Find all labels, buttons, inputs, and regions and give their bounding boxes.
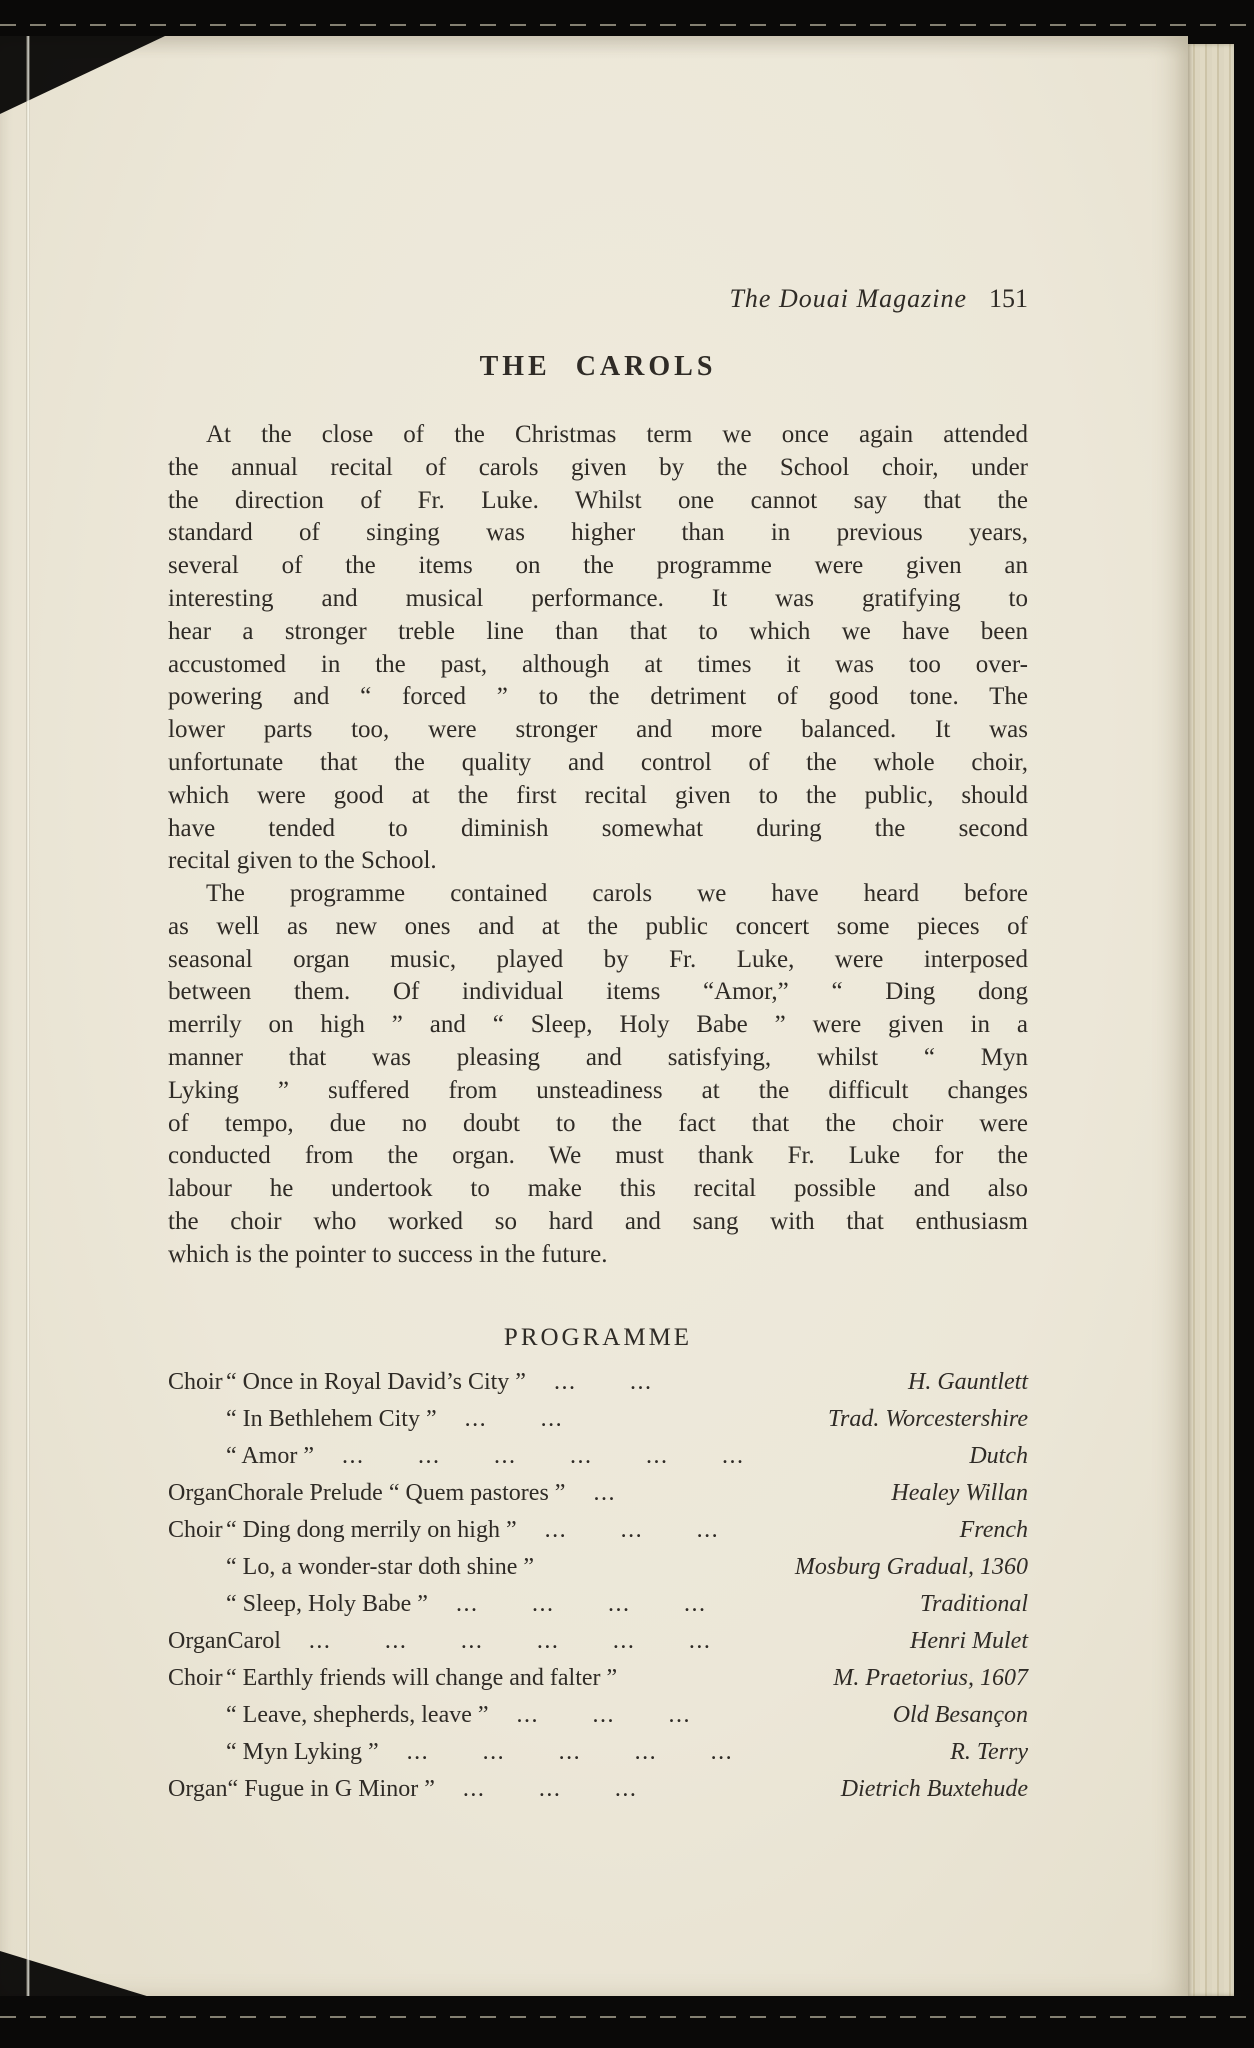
programme-row: “ In Bethlehem City ” ... ... Trad. Worc… — [168, 1405, 1028, 1434]
text-line: unfortunate that the quality and control… — [168, 747, 1028, 780]
composer-name: M. Praetorius, 1607 — [825, 1664, 1028, 1693]
leader-dots: ... ... ... — [435, 1775, 833, 1804]
programme-row: Choir “ Once in Royal David’s City ” ...… — [168, 1368, 1028, 1397]
programme-row: Choir “ Earthly friends will change and … — [168, 1664, 1028, 1693]
piece-title: “ Earthly friends will change and falter… — [226, 1664, 617, 1693]
composer-name: Healey Willan — [883, 1479, 1028, 1508]
text-line: seasonal organ music, played by Fr. Luke… — [168, 944, 1028, 977]
book-binding-crease — [26, 36, 30, 1996]
composer-name: Old Besançon — [885, 1701, 1028, 1730]
magazine-title: The Douai Magazine — [729, 284, 967, 313]
composer-name: H. Gauntlett — [900, 1368, 1028, 1397]
piece-title: “ Lo, a wonder-star doth shine ” — [226, 1553, 534, 1582]
programme-row: “ Myn Lyking ” ... ... ... ... ... R. Te… — [168, 1738, 1028, 1767]
piece-title: “ In Bethlehem City ” — [226, 1405, 437, 1434]
piece-title: “ Leave, shepherds, leave ” — [226, 1701, 489, 1730]
performer-label: Choir — [168, 1516, 226, 1545]
piece-title: Carol — [228, 1627, 281, 1656]
composer-name: Mosburg Gradual, 1360 — [787, 1553, 1028, 1582]
performer-label: Organ — [168, 1627, 228, 1656]
programme-row: Organ “ Fugue in G Minor ” ... ... ... D… — [168, 1775, 1028, 1804]
programme-row: “ Amor ” ... ... ... ... ... ... Dutch — [168, 1442, 1028, 1471]
piece-title: “ Sleep, Holy Babe ” — [226, 1590, 428, 1619]
leader-dots: ... ... ... ... — [428, 1590, 912, 1619]
text-line: have tended to diminish somewhat during … — [168, 813, 1028, 846]
magazine-page: The Douai Magazine151 THE CAROLS At the … — [0, 36, 1188, 1996]
performer-label: Choir — [168, 1664, 226, 1693]
leader-dots: ... ... ... — [517, 1516, 952, 1545]
text-line: powering and “ forced ” to the detriment… — [168, 681, 1028, 714]
leader-dots: ... ... ... ... ... ... — [314, 1442, 961, 1471]
piece-title: “ Once in Royal David’s City ” — [226, 1368, 526, 1397]
article-title: THE CAROLS — [168, 351, 1028, 383]
leader-dots: ... ... — [526, 1368, 900, 1397]
text-line: lower parts too, were stronger and more … — [168, 714, 1028, 747]
composer-name: French — [952, 1516, 1028, 1545]
text-line: recital given to the School. — [168, 845, 1028, 878]
text-line: which is the pointer to success in the f… — [168, 1239, 1028, 1272]
text-line: Lyking ” suffered from unsteadiness at t… — [168, 1075, 1028, 1108]
text-line: conducted from the organ. We must thank … — [168, 1140, 1028, 1173]
piece-title: “ Fugue in G Minor ” — [228, 1775, 435, 1804]
programme-row: “ Sleep, Holy Babe ” ... ... ... ... Tra… — [168, 1590, 1028, 1619]
programme-row: “ Leave, shepherds, leave ” ... ... ... … — [168, 1701, 1028, 1730]
piece-title: Chorale Prelude “ Quem pastores ” — [228, 1479, 566, 1508]
leader-dots: ... ... ... — [489, 1701, 885, 1730]
text-line: labour he undertook to make this recital… — [168, 1173, 1028, 1206]
leader-dots: ... ... — [437, 1405, 820, 1434]
piece-title: “ Ding dong merrily on high ” — [226, 1516, 517, 1545]
article-paragraph-2: The programme contained carols we have h… — [168, 878, 1028, 1272]
book-cover-corner-bottom — [0, 1951, 150, 1997]
page-edge-stack — [1188, 44, 1234, 1996]
text-line: as well as new ones and at the public co… — [168, 911, 1028, 944]
text-line: the choir who worked so hard and sang wi… — [168, 1206, 1028, 1239]
leader-dots: ... — [565, 1479, 883, 1508]
performer-label: Choir — [168, 1368, 226, 1397]
programme-heading: PROGRAMME — [168, 1324, 1028, 1352]
text-line: the annual recital of carols given by th… — [168, 452, 1028, 485]
composer-name: Trad. Worcestershire — [820, 1405, 1028, 1434]
text-line: The programme contained carols we have h… — [168, 878, 1028, 911]
piece-title: “ Amor ” — [226, 1442, 314, 1471]
book-cover-corner-top — [0, 36, 165, 114]
leader-dots: ... ... ... ... ... ... — [281, 1627, 902, 1656]
text-line: the direction of Fr. Luke. Whilst one ca… — [168, 485, 1028, 518]
text-line: between them. Of individual items “Amor,… — [168, 976, 1028, 1009]
text-line: At the close of the Christmas term we on… — [168, 419, 1028, 452]
text-line: which were good at the first recital giv… — [168, 780, 1028, 813]
text-line: several of the items on the programme we… — [168, 550, 1028, 583]
composer-name: Dietrich Buxtehude — [833, 1775, 1028, 1804]
programme-row: Choir “ Ding dong merrily on high ” ... … — [168, 1516, 1028, 1545]
text-line: of tempo, due no doubt to the fact that … — [168, 1108, 1028, 1141]
scanned-book-photo: The Douai Magazine151 THE CAROLS At the … — [0, 0, 1254, 2048]
text-line: merrily on high ” and “ Sleep, Holy Babe… — [168, 1009, 1028, 1042]
binding-stitch-top — [0, 24, 1254, 26]
text-line: standard of singing was higher than in p… — [168, 517, 1028, 550]
text-line: accustomed in the past, although at time… — [168, 649, 1028, 682]
binding-stitch-bottom — [0, 2016, 1254, 2018]
piece-title: “ Myn Lyking ” — [226, 1738, 379, 1767]
running-header: The Douai Magazine151 — [168, 284, 1028, 314]
composer-name: Traditional — [912, 1590, 1028, 1619]
composer-name: Henri Mulet — [902, 1627, 1028, 1656]
programme-row: Organ Chorale Prelude “ Quem pastores ” … — [168, 1479, 1028, 1508]
leader-dots: ... ... ... ... ... — [379, 1738, 943, 1767]
composer-name: Dutch — [961, 1442, 1028, 1471]
composer-name: R. Terry — [942, 1738, 1028, 1767]
article-paragraph-1: At the close of the Christmas term we on… — [168, 419, 1028, 878]
programme-list: Choir “ Once in Royal David’s City ” ...… — [168, 1368, 1028, 1812]
programme-row: Organ Carol ... ... ... ... ... ... Henr… — [168, 1627, 1028, 1656]
text-line: hear a stronger treble line than that to… — [168, 616, 1028, 649]
performer-label: Organ — [168, 1775, 228, 1804]
programme-row: “ Lo, a wonder-star doth shine ” Mosburg… — [168, 1553, 1028, 1582]
page-number: 151 — [989, 284, 1028, 313]
performer-label: Organ — [168, 1479, 228, 1508]
text-line: interesting and musical performance. It … — [168, 583, 1028, 616]
text-line: manner that was pleasing and satisfying,… — [168, 1042, 1028, 1075]
